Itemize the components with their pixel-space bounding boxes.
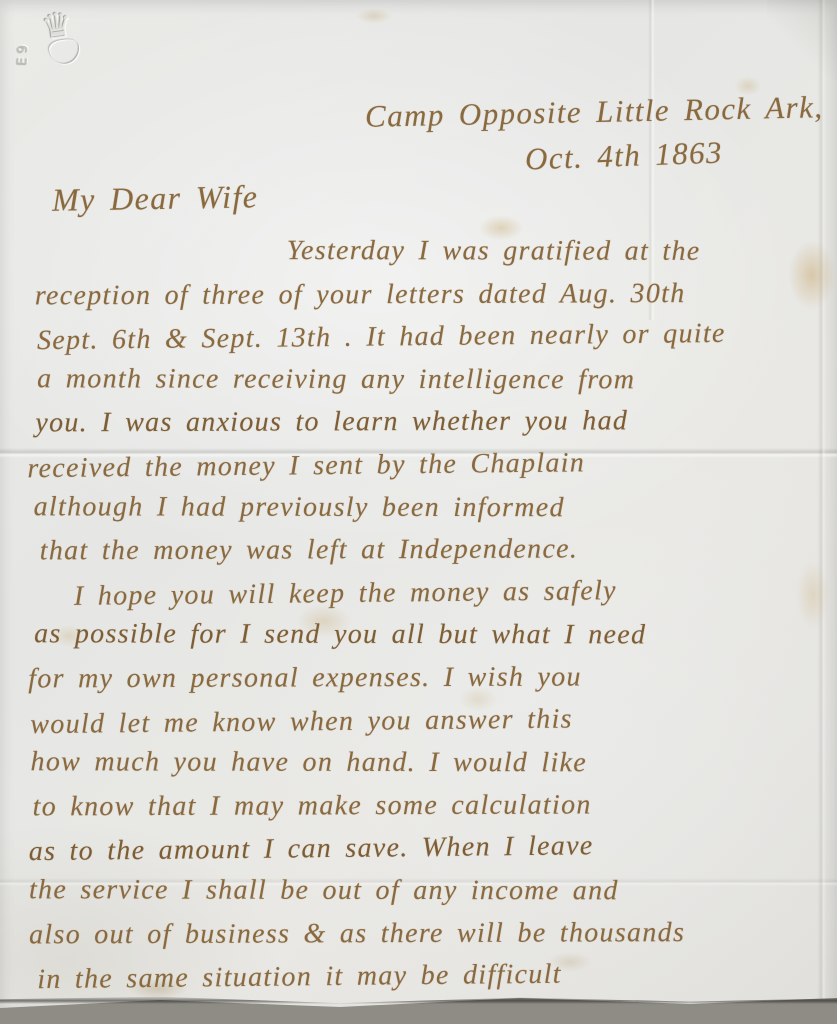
scanned-letter-photo: { "document": { "kind": "handwritten let… (0, 0, 837, 1024)
letter-line-9: I hope you will keep the money as safely (74, 573, 828, 623)
letter-line-15: as to the amount I can save. When I leav… (29, 828, 829, 879)
letter-line-7: although I had previously been informed (34, 491, 828, 535)
letter-line-11: for my own personal expenses. I wish you (28, 661, 828, 706)
letter-line-16: the service I shall be out of any income… (29, 874, 829, 918)
embossed-crest-seal: ♛ E9 (21, 1, 102, 80)
letter-line-6: received the money I sent by the Chaplai… (27, 445, 827, 496)
letter-line-8: that the money was left at Independence. (40, 533, 828, 578)
letter-paper-sheet: ♛ E9 Camp Opposite Little Rock Ark, Oct.… (0, 0, 837, 1012)
letter-line-5: you. I was anxious to learn whether you … (35, 405, 827, 450)
letter-line-12: would let me know when you answer this (30, 700, 828, 751)
letter-header-date: Oct. 4th 1863 (525, 135, 724, 178)
letter-line-10: as possible for I send you all but what … (34, 619, 828, 663)
letter-line-4: a month since receiving any intelligence… (37, 363, 827, 407)
seal-side-mark: E9 (16, 40, 32, 65)
letter-salutation: My Dear Wife (52, 178, 259, 219)
letter-header-location: Camp Opposite Little Rock Ark, (364, 89, 823, 135)
letter-line-14: to know that I may make some calculation (33, 788, 829, 833)
letter-line-3: Sept. 6th & Sept. 13th . It had been nea… (37, 317, 827, 368)
shield-emboss (48, 38, 81, 66)
letter-line-13: how much you have on hand. I would like (30, 746, 828, 790)
corner-fold-shadow (767, 0, 837, 80)
letter-line-17: also out of business & as there will be … (29, 916, 829, 961)
letter-body: Yesterday I was gratified at the recepti… (27, 235, 830, 1004)
letter-line-2: reception of three of your letters dated… (35, 277, 827, 322)
stain-mark (356, 8, 392, 24)
letter-line-1: Yesterday I was gratified at the (287, 235, 827, 279)
